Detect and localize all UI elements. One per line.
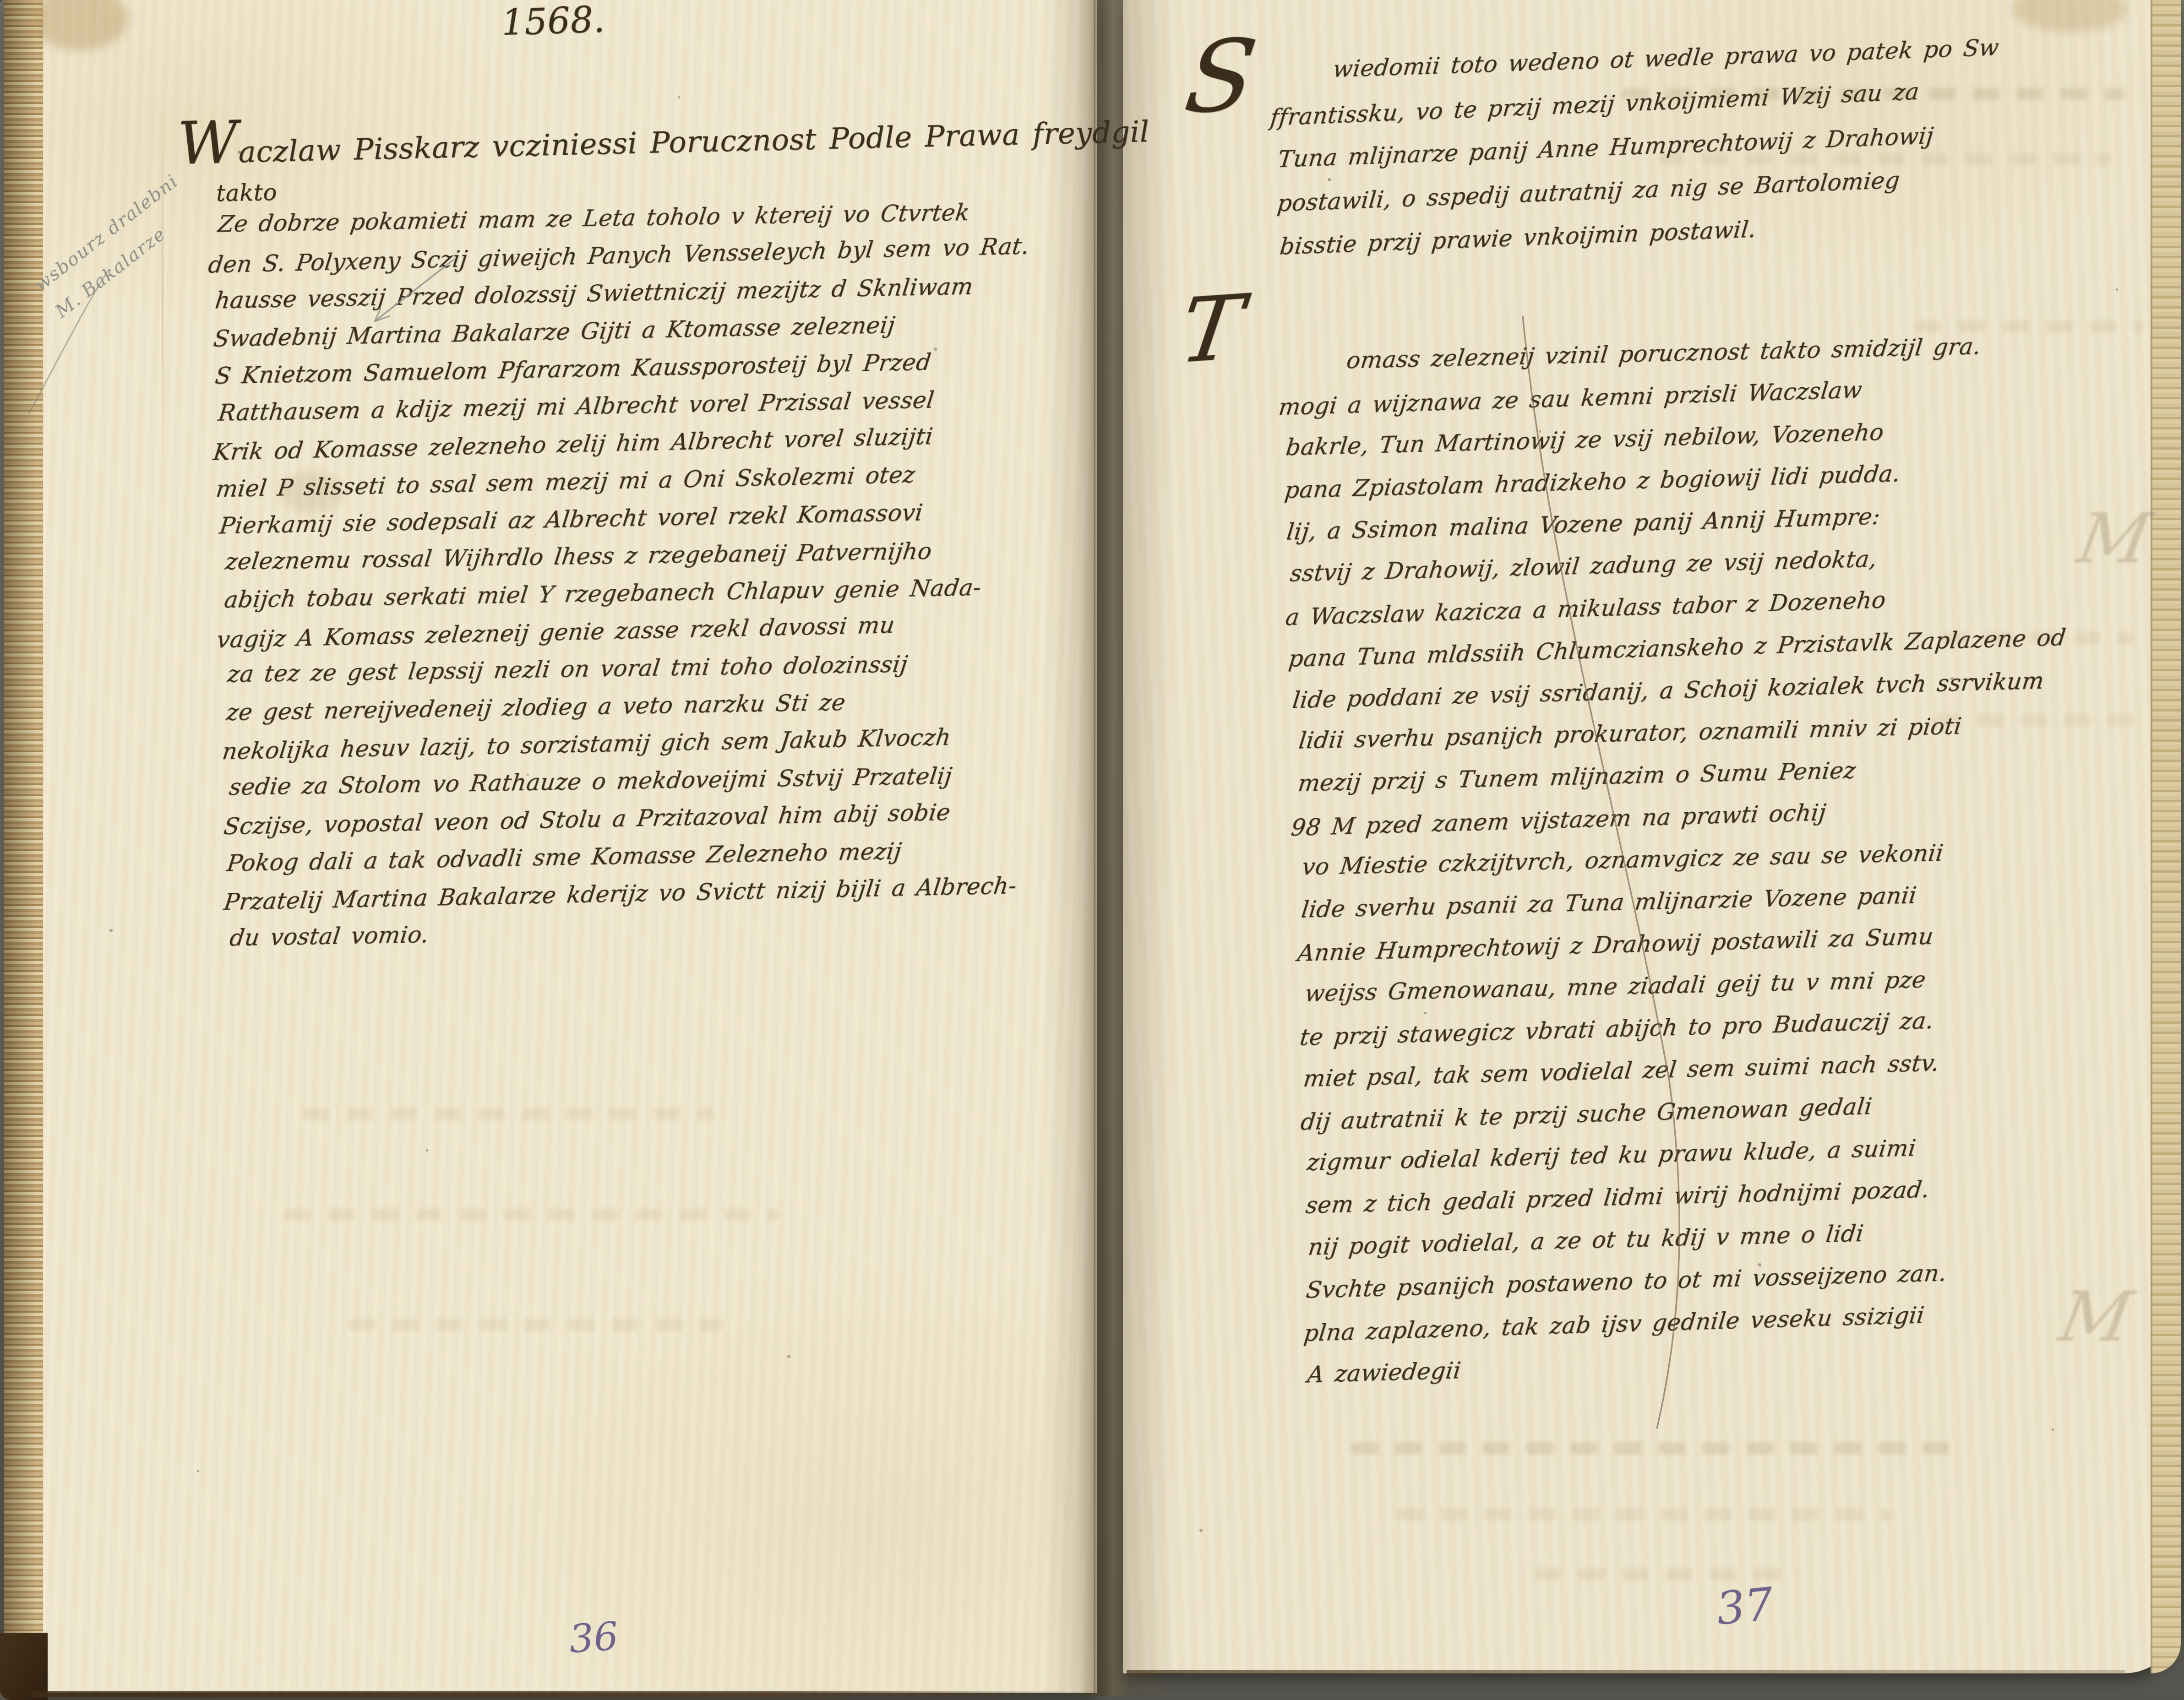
left-page-paragraph: Ze dobrze pokamieti mam ze Leta toholo v… [207,191,1042,958]
ink-bleedthrough [1397,1509,1891,1521]
book-cover-bottom-line [32,1691,1095,1697]
right-page-paragraph-1: wiedomii toto wedeno ot wedle prawa vo p… [1268,25,1996,268]
gutter-page-edge-line [1094,0,1095,1693]
book-cover-edge [0,1633,48,1700]
ink-bleedthrough [1534,1568,1800,1580]
page-number-right: 37 [1714,1578,1776,1635]
page-stack-deckle-edge [4,0,43,1657]
record-heading-sub: takto [216,179,278,206]
year-inscription: 1568. [501,0,605,44]
ink-bleedthrough [302,1108,714,1120]
paper-specks [0,0,2,2]
book-cover-bottom-line-right [1127,1670,2125,1674]
bleedthrough-letter-m: M [2072,499,2157,579]
fore-edge [2151,0,2181,1673]
manuscript-photo: M M 1568. Waczlaw Pisskarz vcziniessi Po… [0,0,2184,1700]
ink-bleedthrough [348,1319,724,1331]
right-page-paragraph-2: omass zelezneij vzinil porucznost takto … [1277,322,2081,1396]
ink-bleedthrough [1351,1442,1965,1454]
page-number-left: 36 [568,1613,620,1662]
paper-crease [162,108,163,488]
ink-bleedthrough [284,1209,779,1221]
